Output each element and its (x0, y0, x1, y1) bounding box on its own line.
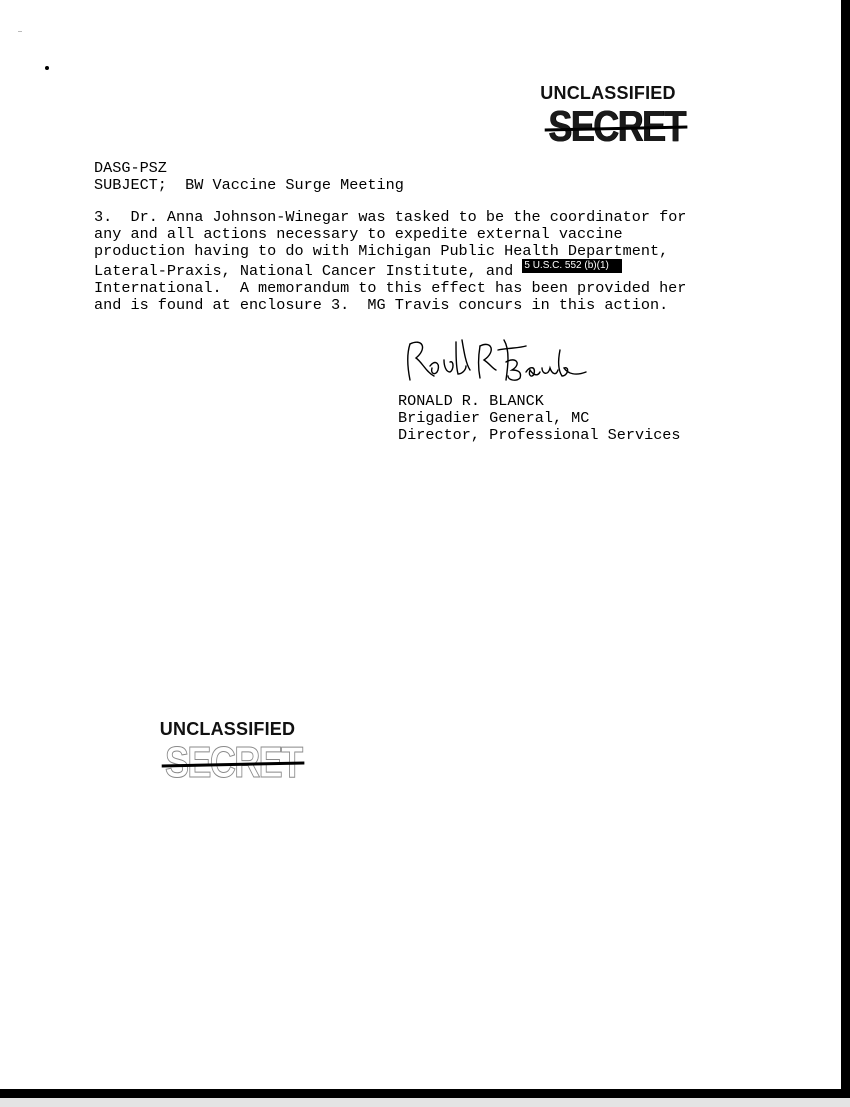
classification-secret-struck: SECRET (548, 105, 685, 149)
paragraph-line: and is found at enclosure 3. MG Travis c… (94, 296, 668, 314)
scan-speck (18, 31, 22, 32)
page-bottom-border (0, 1089, 850, 1098)
signature-block: RONALD R. BLANCK Brigadier General, MC D… (398, 393, 681, 443)
signer-title: Director, Professional Services (398, 426, 681, 444)
classification-stamp-top: UNCLASSIFIED SECRET (533, 83, 683, 149)
paragraph-line: International. A memorandum to this effe… (94, 279, 686, 297)
paragraph-line: Lateral-Praxis, National Cancer Institut… (94, 262, 522, 280)
paragraph-3: 3. Dr. Anna Johnson-Winegar was tasked t… (94, 209, 686, 314)
page-right-border (841, 0, 850, 1098)
office-symbol: DASG-PSZ (94, 159, 167, 177)
paragraph-line: production having to do with Michigan Pu… (94, 242, 668, 260)
classification-secret-struck: SECRET (165, 741, 302, 785)
paragraph-line: Dr. Anna Johnson-Winegar was tasked to b… (130, 208, 686, 226)
paragraph-number: 3. (94, 208, 112, 226)
signer-rank: Brigadier General, MC (398, 409, 589, 427)
paragraph-line: any and all actions necessary to expedit… (94, 225, 623, 243)
classification-unclassified: UNCLASSIFIED (533, 83, 683, 103)
classification-unclassified: UNCLASSIFIED (150, 719, 305, 739)
redaction-box: 5 U.S.C. 552 (b)(1) (522, 259, 622, 273)
subject-label: SUBJECT; (94, 176, 167, 194)
scan-speck (45, 66, 49, 70)
handwritten-signature (400, 336, 590, 386)
signer-name: RONALD R. BLANCK (398, 392, 544, 410)
subject-text: BW Vaccine Surge Meeting (185, 176, 404, 194)
classification-stamp-bottom: UNCLASSIFIED SECRET (150, 719, 305, 785)
page-bottom-margin (0, 1098, 850, 1107)
memo-header: DASG-PSZ SUBJECT; BW Vaccine Surge Meeti… (94, 160, 404, 194)
